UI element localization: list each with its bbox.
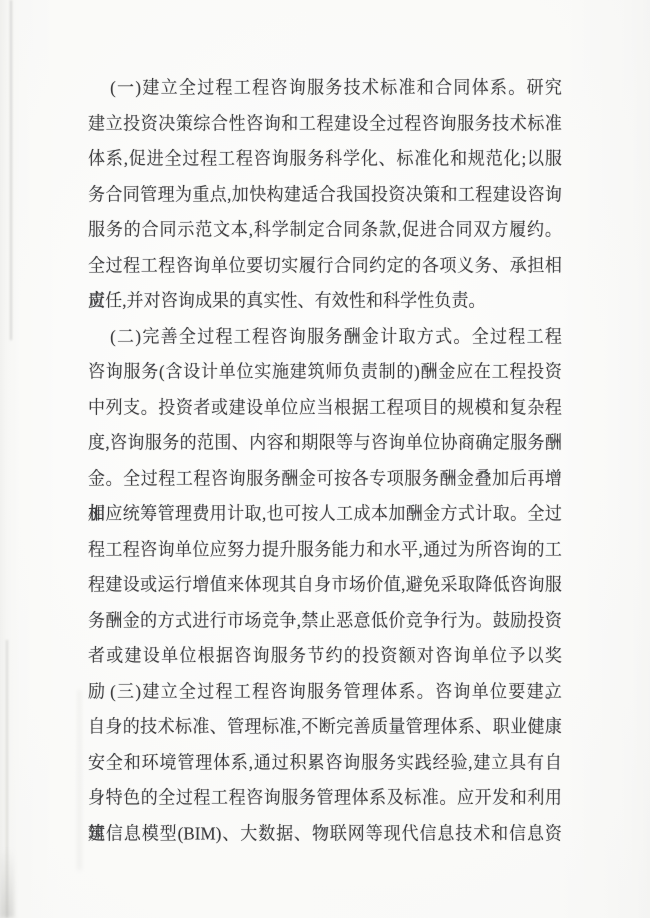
document-body: (一)建立全过程工程咨询服务技术标准和合同体系。研究建立投资决策综合性咨询和工程… xyxy=(88,70,562,851)
para-1: (一)建立全过程工程咨询服务技术标准和合同体系。研究建立投资决策综合性咨询和工程… xyxy=(88,70,562,319)
text-line: (三)建立全过程工程咨询服务管理体系。咨询单位要建立 xyxy=(88,674,562,710)
text-line: 中列支。投资者或建设单位应当根据工程项目的规模和复杂程 xyxy=(88,390,562,426)
text-line: 责任,并对咨询成果的真实性、有效性和科学性负责。 xyxy=(88,283,562,319)
text-line: 务酬金的方式进行市场竞争,禁止恶意低价竞争行为。鼓励投资 xyxy=(88,603,562,639)
text-line: 金。全过程工程咨询服务酬金可按各专项服务酬金叠加后再增加 xyxy=(88,461,562,497)
text-line: 服务的合同示范文本,科学制定合同条款,促进合同双方履约。 xyxy=(88,212,562,248)
text-line: 安全和环境管理体系,通过积累咨询服务实践经验,建立具有自 xyxy=(88,745,562,781)
text-line: 度,咨询服务的范围、内容和期限等与咨询单位协商确定服务酬 xyxy=(88,425,562,461)
scan-smudge xyxy=(0,848,14,918)
text-line: 咨询服务(含设计单位实施建筑师负责制的)酬金应在工程投资 xyxy=(88,354,562,390)
page-number: 7 xyxy=(0,826,650,841)
text-line: 自身的技术标准、管理标准,不断完善质量管理体系、职业健康 xyxy=(88,709,562,745)
text-line: 全过程工程咨询单位要切实履行合同约定的各项义务、承担相应 xyxy=(88,248,562,284)
text-line: 身特色的全过程工程咨询服务管理体系及标准。应开发和利用建 xyxy=(88,780,562,816)
text-line: (一)建立全过程工程咨询服务技术标准和合同体系。研究 xyxy=(88,70,562,106)
text-line: 程建设或运行增值来体现其自身市场价值,避免采取降低咨询服 xyxy=(88,567,562,603)
document-page: (一)建立全过程工程咨询服务技术标准和合同体系。研究建立投资决策综合性咨询和工程… xyxy=(0,0,650,918)
para-3: (三)建立全过程工程咨询服务管理体系。咨询单位要建立自身的技术标准、管理标准,不… xyxy=(88,674,562,852)
text-line: (二)完善全过程工程咨询服务酬金计取方式。全过程工程 xyxy=(88,319,562,355)
scan-streak xyxy=(78,690,81,870)
text-line: 相应统筹管理费用计取,也可按人工成本加酬金方式计取。全过 xyxy=(88,496,562,532)
para-2: (二)完善全过程工程咨询服务酬金计取方式。全过程工程咨询服务(含设计单位实施建筑… xyxy=(88,319,562,674)
text-line: 程工程咨询单位应努力提升服务能力和水平,通过为所咨询的工 xyxy=(88,532,562,568)
text-line: 务合同管理为重点,加快构建适合我国投资决策和工程建设咨询 xyxy=(88,177,562,213)
scan-streak xyxy=(10,0,12,340)
text-line: 建立投资决策综合性咨询和工程建设全过程咨询服务技术标准 xyxy=(88,106,562,142)
text-line: 体系,促进全过程工程咨询服务科学化、标准化和规范化;以服 xyxy=(88,141,562,177)
text-line: 者或建设单位根据咨询服务节约的投资额对咨询单位予以奖励。 xyxy=(88,638,562,674)
